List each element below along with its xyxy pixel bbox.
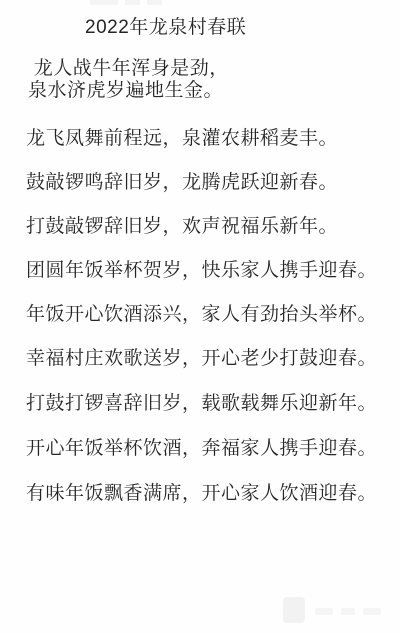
couplet-line-3: 打鼓敲锣辞旧岁，欢声祝福乐新年。 — [26, 215, 338, 239]
watermark-text-fragment — [315, 608, 333, 615]
watermark-text-fragment — [341, 608, 355, 615]
cropped-glyph-fragment — [125, 0, 140, 5]
cropped-glyph-fragment — [90, 0, 118, 5]
opening-couplet-line-1: 龙人战牛年浑身是劲， — [28, 58, 229, 80]
couplet-line-1: 龙飞凤舞前程远，泉灌农耕稻麦丰。 — [26, 127, 338, 151]
faint-watermark — [283, 597, 393, 625]
document-title: 2022年龙泉村春联 — [85, 15, 246, 41]
document-page: 2022年龙泉村春联 龙人战牛年浑身是劲， 泉水济虎岁遍地生金。 龙飞凤舞前程远… — [0, 0, 400, 633]
couplet-line-4: 团圆年饭举杯贺岁，快乐家人携手迎春。 — [26, 259, 377, 283]
couplet-line-8: 开心年饭举杯饮酒，奔福家人携手迎春。 — [26, 437, 377, 461]
couplet-line-6: 幸福村庄欢歌送岁，开心老少打鼓迎春。 — [26, 347, 377, 371]
couplet-line-9: 有味年饭飘香满席，开心家人饮酒迎春。 — [26, 482, 377, 506]
couplet-line-2: 鼓敲锣鸣辞旧岁，龙腾虎跃迎新春。 — [26, 171, 338, 195]
couplet-line-7: 打鼓打锣喜辞旧岁，载歌载舞乐迎新年。 — [26, 392, 377, 416]
watermark-text-fragment — [363, 608, 381, 615]
watermark-emblem-icon — [283, 597, 305, 623]
couplet-line-5: 年饭开心饮酒添兴，家人有劲抬头举杯。 — [26, 303, 377, 327]
opening-couplet-line-2: 泉水济虎岁遍地生金。 — [28, 80, 229, 102]
cropped-glyph-fragment — [147, 0, 162, 5]
opening-couplet: 龙人战牛年浑身是劲， 泉水济虎岁遍地生金。 — [28, 58, 229, 102]
